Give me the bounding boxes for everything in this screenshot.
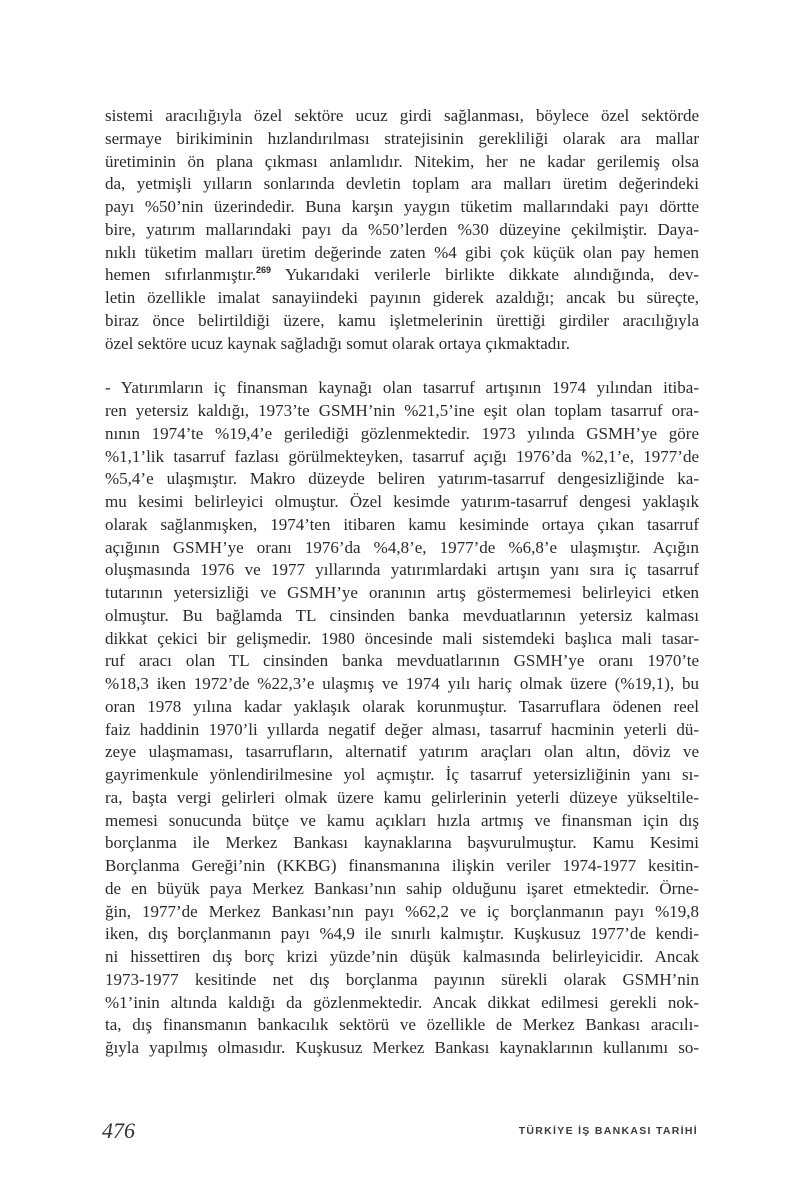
text-line: oran 1978 yılına kadar yaklaşık olarak k…	[105, 696, 699, 719]
text-line: bire, yatırım mallarındaki payı da %50’l…	[105, 219, 699, 242]
text-line: sistemi aracılığıyla özel sektöre ucuz g…	[105, 105, 699, 128]
text-segment: hemen sıfırlanmıştır.	[105, 265, 256, 284]
text-line: ta, dış finansmanın bankacılık sektörü v…	[105, 1014, 699, 1037]
text-line: nıklı tüketim malları üretim değerinde z…	[105, 242, 699, 265]
text-line: tutarının yetersizliği ve GSMH’ye oranın…	[105, 582, 699, 605]
text-line: ra, başta vergi gelirleri olmak üzere ka…	[105, 787, 699, 810]
running-footer-title: TÜRKİYE İŞ BANKASI TARİHİ	[519, 1125, 698, 1137]
text-line: ruf aracı olan TL cinsinden banka mevdua…	[105, 650, 699, 673]
text-line: olmuştur. Bu bağlamda TL cinsinden banka…	[105, 605, 699, 628]
text-line: 1973-1977 kesitinde net dış borçlanma pa…	[105, 969, 699, 992]
page-body: sistemi aracılığıyla özel sektöre ucuz g…	[105, 105, 699, 1060]
text-line: dikkat çekici bir gelişmedir. 1980 önces…	[105, 628, 699, 651]
text-line: da, yetmişli yılların sonlarında devleti…	[105, 173, 699, 196]
text-line: ren yetersiz kaldığı, 1973’te GSMH’nin %…	[105, 400, 699, 423]
text-line: faiz haddinin 1970’li yıllarda negatif d…	[105, 719, 699, 742]
text-line: %1’inin altında kaldığı da gözlenmektedi…	[105, 992, 699, 1015]
text-line: Borçlanma Gereği’nin (KKBG) finansmanına…	[105, 855, 699, 878]
text-line: %18,3 iken 1972’de %22,3’e ulaşmış ve 19…	[105, 673, 699, 696]
text-line: üretiminin ön plana çıkması anlamlıdır. …	[105, 151, 699, 174]
footnote-reference[interactable]: 269	[256, 265, 271, 275]
text-segment: Yukarıdaki verilerle birlikte dikkate al…	[271, 265, 699, 284]
text-line: payı %50’nin üzerindedir. Buna karşın ya…	[105, 196, 699, 219]
text-line: iken, dış borçlanmanın payı %4,9 ile sın…	[105, 923, 699, 946]
text-line: sermaye birikiminin hızlandırılması stra…	[105, 128, 699, 151]
text-line-with-footnote: hemen sıfırlanmıştır.269 Yukarıdaki veri…	[105, 264, 699, 287]
text-line: letin özellikle imalat sanayiindeki payı…	[105, 287, 699, 310]
text-line: borçlanma ile Merkez Bankası kaynakların…	[105, 832, 699, 855]
text-line: zeye ulaşmaması, tasarrufların, alternat…	[105, 741, 699, 764]
text-line: açığının GSMH’ye oranı 1976’da %4,8’e, 1…	[105, 537, 699, 560]
text-line: %1,1’lik tasarruf fazlası görülmekteyken…	[105, 446, 699, 469]
page-number: 476	[102, 1118, 135, 1144]
text-line: mu kesimi belirleyici olmuştur. Özel kes…	[105, 491, 699, 514]
text-line: ğin, 1977’de Merkez Bankası’nın payı %62…	[105, 901, 699, 924]
text-line: de en büyük paya Merkez Bankası’nın sahi…	[105, 878, 699, 901]
text-line: nının 1974’te %19,4’e gerilediği gözlenm…	[105, 423, 699, 446]
text-line: ni hissettiren dış borç krizi yüzde’nin …	[105, 946, 699, 969]
text-line: olarak sağlanmışken, 1974’ten itibaren k…	[105, 514, 699, 537]
text-line: oluşmasında 1976 ve 1977 yıllarında yatı…	[105, 559, 699, 582]
paragraph-1: sistemi aracılığıyla özel sektöre ucuz g…	[105, 105, 699, 355]
text-line: gayrimenkule yönlendirilmesine yol açmış…	[105, 764, 699, 787]
text-line: memesi sonucunda bütçe ve kamu açıkları …	[105, 810, 699, 833]
text-line: biraz önce belirtildiği üzere, kamu işle…	[105, 310, 699, 333]
paragraph-2: - Yatırımların iç finansman kaynağı olan…	[105, 377, 699, 1060]
text-line: %5,4’e ulaşmıştır. Makro düzeyde beliren…	[105, 468, 699, 491]
text-line: özel sektöre ucuz kaynak sağladığı somut…	[105, 333, 699, 356]
text-line: ğıyla yapılmış olmasıdır. Kuşkusuz Merke…	[105, 1037, 699, 1060]
text-line: - Yatırımların iç finansman kaynağı olan…	[105, 377, 699, 400]
